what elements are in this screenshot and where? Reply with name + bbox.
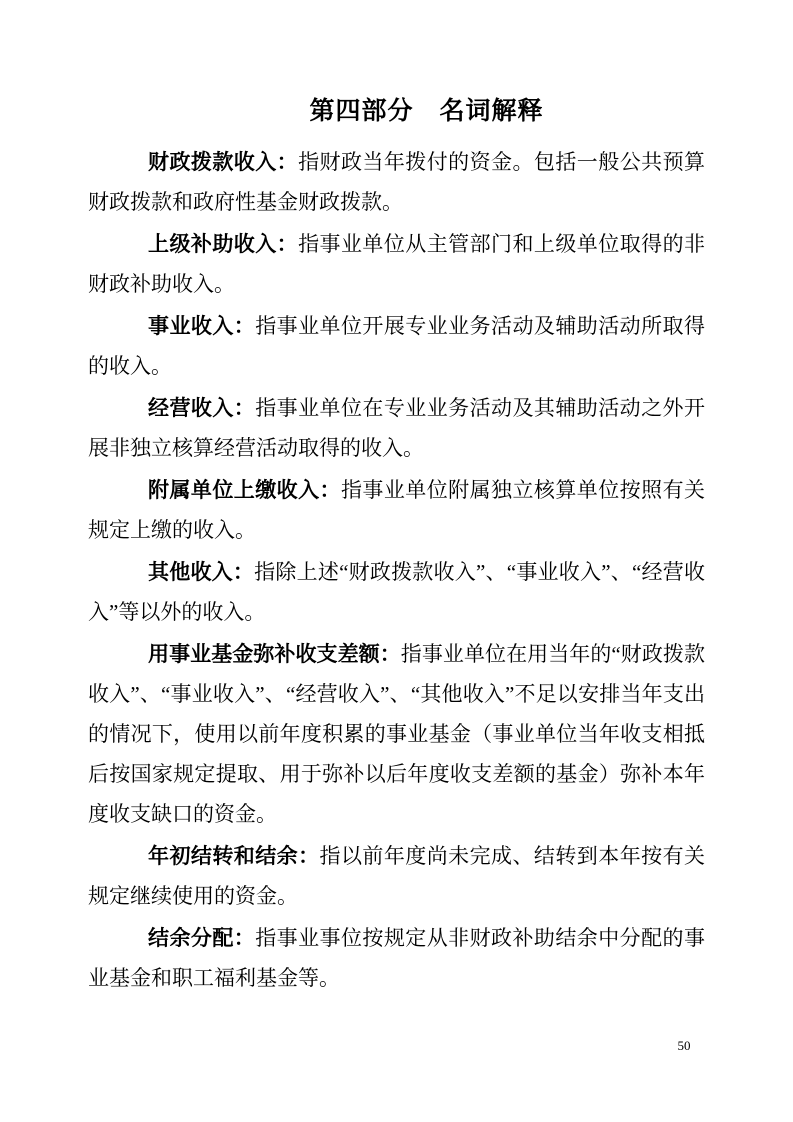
definition-term: 经营收入： <box>148 396 255 420</box>
definition-term: 上级补助收入： <box>148 232 298 256</box>
page-number: 50 <box>654 1038 714 1054</box>
definition-text: 指事业单位在用当年的“财政拨款收入”、“事业收入”、“经营收入”、“其他收入”不… <box>88 642 705 826</box>
definition-term: 用事业基金弥补收支差额： <box>148 642 401 666</box>
definition-term: 结余分配： <box>148 926 255 950</box>
definition-paragraph: 年初结转和结余：指以前年度尚未完成、结转到本年按有关规定继续使用的资金。 <box>88 836 705 916</box>
document-page: 第四部分 名词解释 财政拨款收入：指财政当年拨付的资金。包括一般公共预算财政拨款… <box>0 0 793 1122</box>
definition-term: 事业收入： <box>148 314 255 338</box>
page-title: 第四部分 名词解释 <box>88 94 705 130</box>
definition-paragraph: 用事业基金弥补收支差额：指事业单位在用当年的“财政拨款收入”、“事业收入”、“经… <box>88 634 705 834</box>
definition-term: 年初结转和结余： <box>148 844 320 868</box>
definition-term: 其他收入： <box>148 560 254 584</box>
definition-paragraph: 事业收入：指事业单位开展专业业务活动及辅助活动所取得的收入。 <box>88 306 705 386</box>
definition-paragraph: 经营收入：指事业单位在专业业务活动及其辅助活动之外开展非独立核算经营活动取得的收… <box>88 388 705 468</box>
definition-term: 附属单位上缴收入： <box>148 478 341 502</box>
definition-paragraph: 其他收入：指除上述“财政拨款收入”、“事业收入”、“经营收入”等以外的收入。 <box>88 552 705 632</box>
definition-term: 财政拨款收入： <box>148 150 298 174</box>
definition-paragraph: 财政拨款收入：指财政当年拨付的资金。包括一般公共预算财政拨款和政府性基金财政拨款… <box>88 142 705 222</box>
definitions-list: 财政拨款收入：指财政当年拨付的资金。包括一般公共预算财政拨款和政府性基金财政拨款… <box>88 142 705 998</box>
definition-paragraph: 结余分配：指事业事位按规定从非财政补助结余中分配的事业基金和职工福利基金等。 <box>88 918 705 998</box>
definition-paragraph: 上级补助收入：指事业单位从主管部门和上级单位取得的非财政补助收入。 <box>88 224 705 304</box>
definition-paragraph: 附属单位上缴收入：指事业单位附属独立核算单位按照有关规定上缴的收入。 <box>88 470 705 550</box>
